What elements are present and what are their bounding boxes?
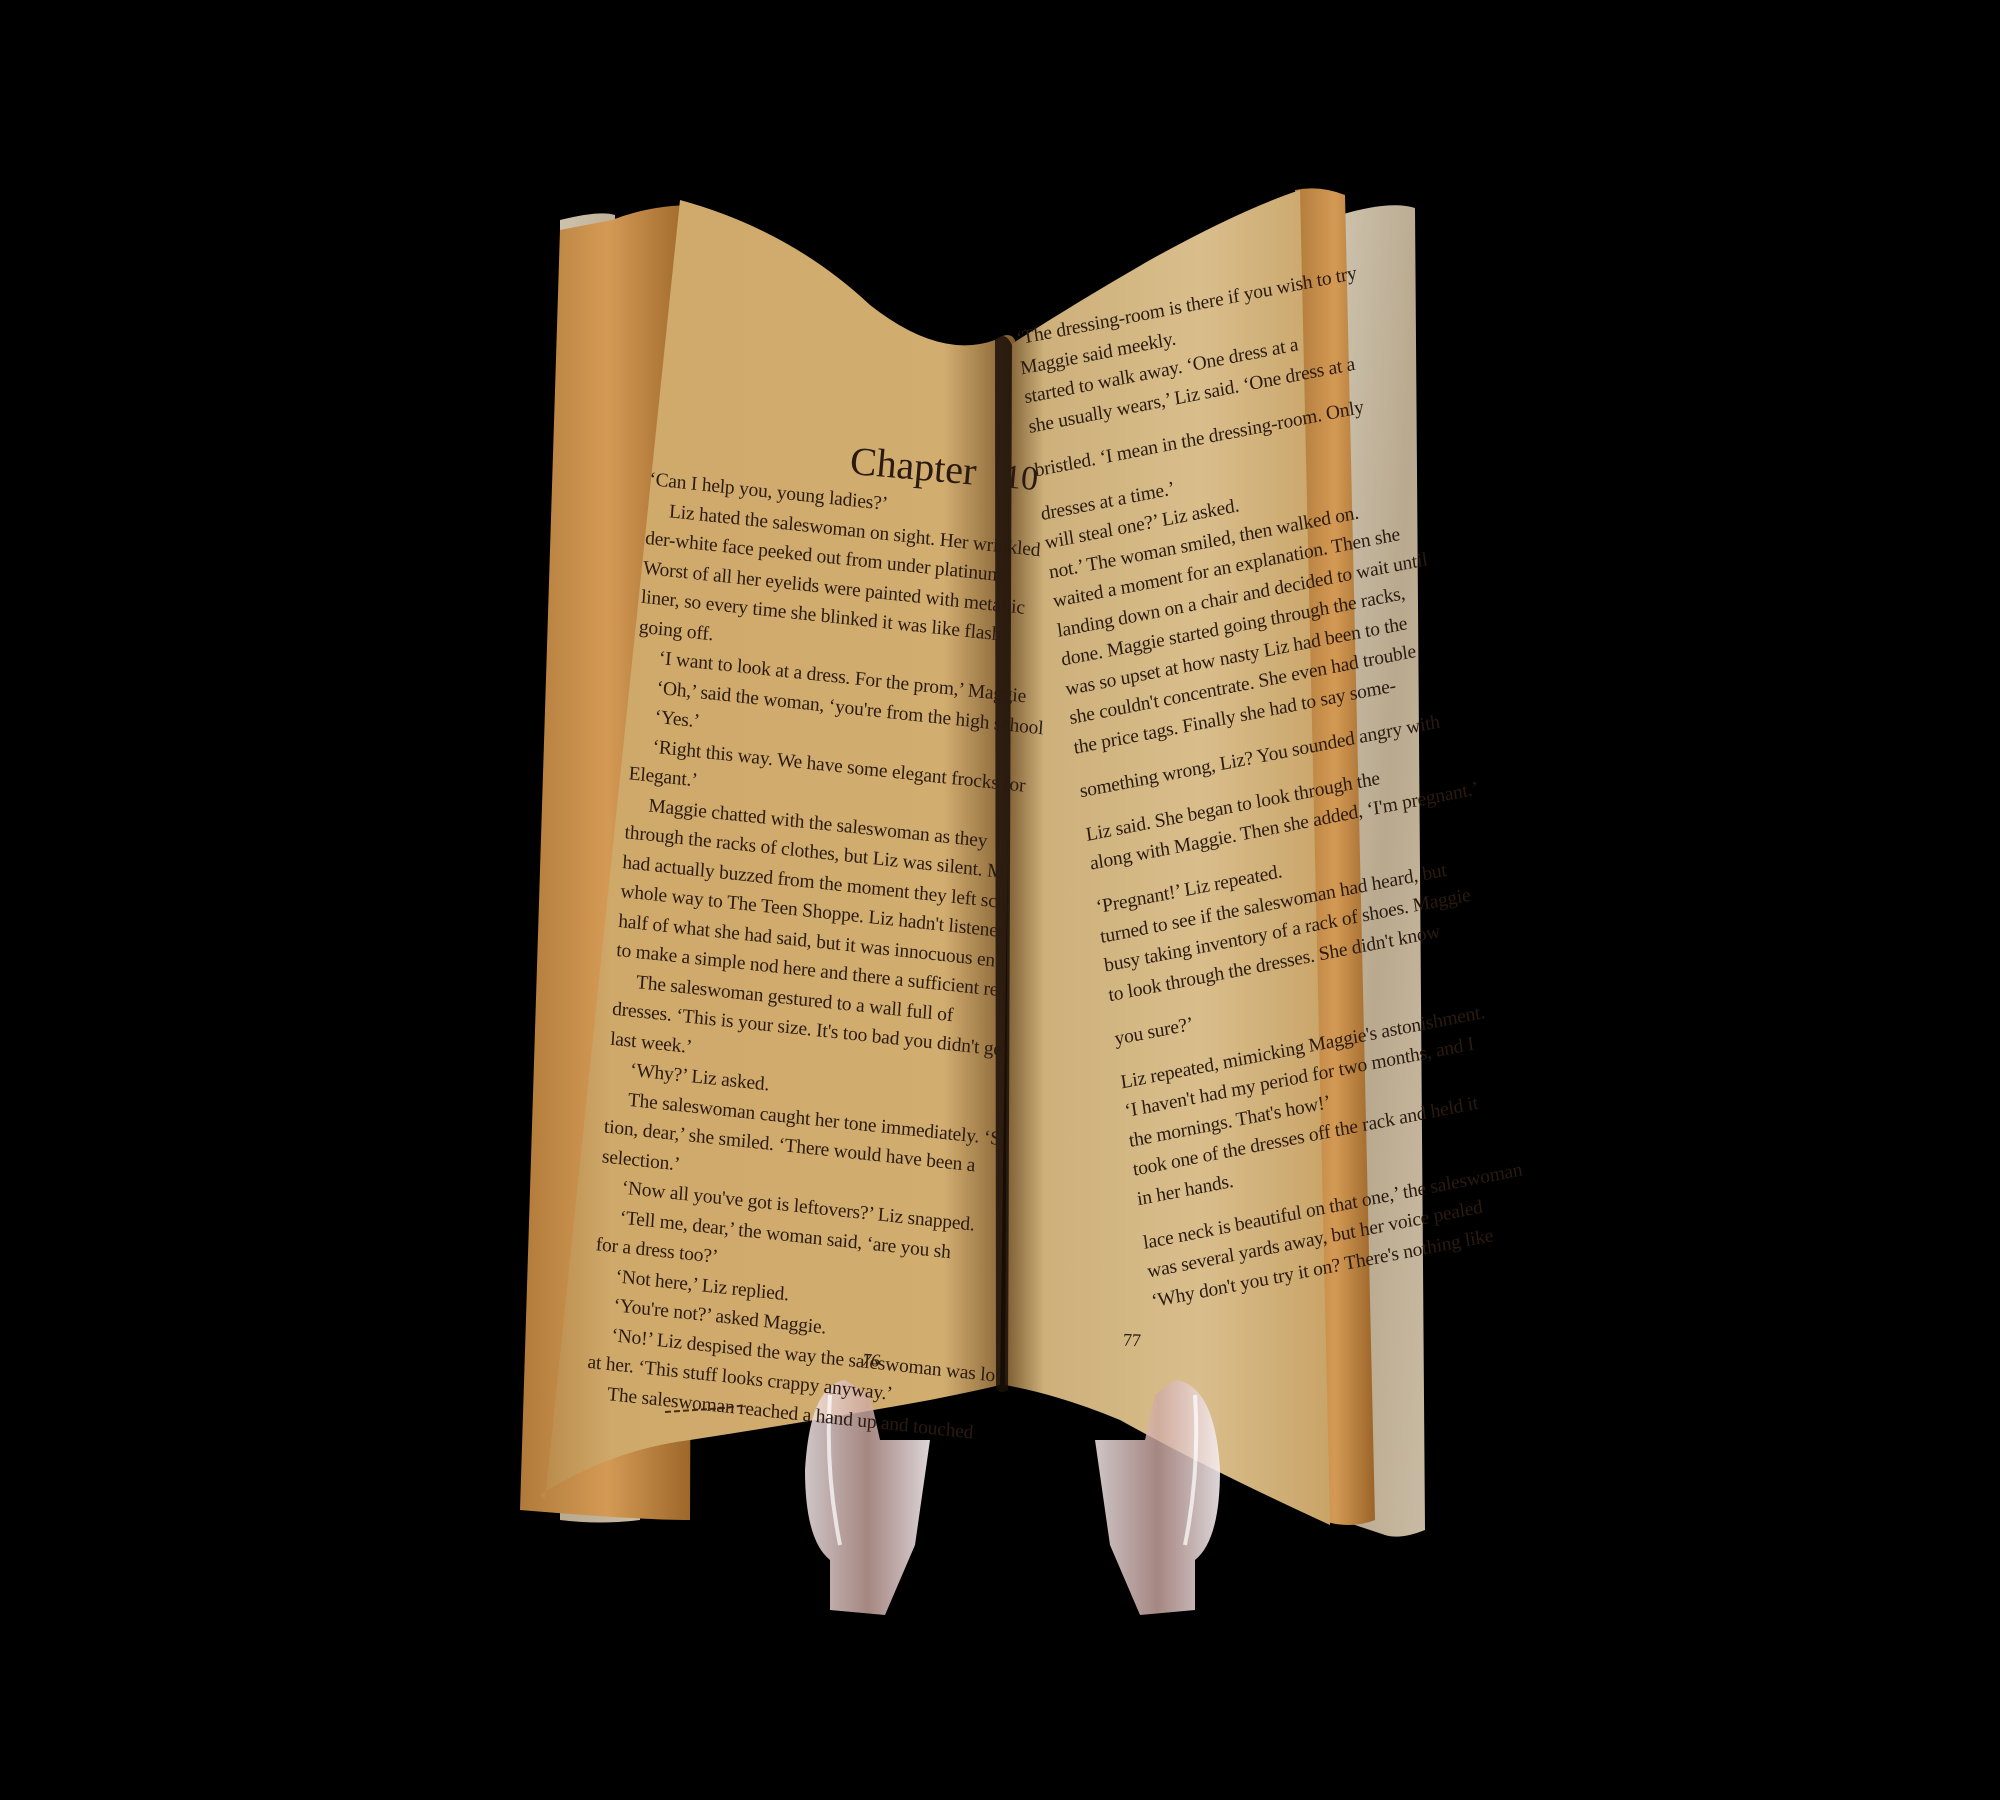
page-number-right: 77 — [1123, 1330, 1142, 1352]
chapter-label: Chapter — [848, 438, 978, 494]
left-page-text: ‘Can I help you, young ladies?’ Liz hate… — [584, 470, 1008, 1449]
photo-background: Chapter10 ‘Can I help you, young ladies?… — [0, 0, 2000, 1800]
page-number-left: 76 — [861, 1349, 880, 1371]
